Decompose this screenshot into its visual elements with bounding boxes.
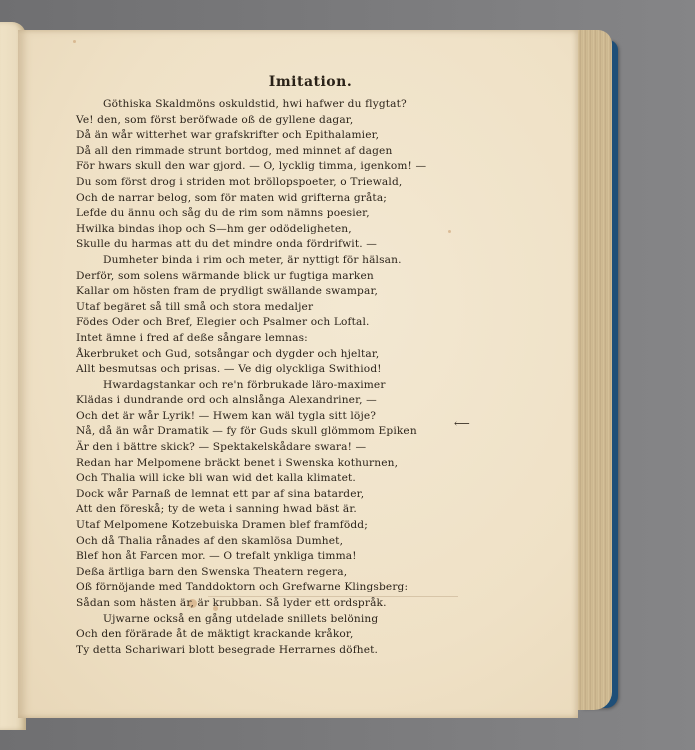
poem-line: Derför, som solens wärmande blick ur fug…	[76, 269, 476, 285]
poem-line: Blef hon åt Farcen mor. — O trefalt ynkl…	[76, 549, 476, 565]
poem-text: Göthiska Skaldmöns oskuldstid, hwi hafwe…	[76, 97, 476, 658]
poem-line: Kallar om hösten fram de prydligt swälla…	[76, 284, 476, 300]
foxing-spot	[73, 40, 76, 43]
poem-line: Att den föreskå; ty de weta i sanning hw…	[76, 502, 476, 518]
poem-line: Hwardagstankar och re'n förbrukade läro-…	[76, 378, 476, 394]
poem-line: Nå, då än wår Dramatik — fy för Guds sku…	[76, 424, 476, 440]
poem-line: Dock wår Parnaß de lemnat ett par af sin…	[76, 487, 476, 503]
poem-line: Och det är wår Lyrik! — Hwem kan wäl tyg…	[76, 409, 476, 425]
poem-line: Göthiska Skaldmöns oskuldstid, hwi hafwe…	[76, 97, 476, 113]
poem-line: Dumheter binda i rim och meter, är nytti…	[76, 253, 476, 269]
poem-line: Ve! den, som först beröfwade oß de gylle…	[76, 113, 476, 129]
margin-arrow-mark: ⟵	[454, 417, 470, 430]
poem-line: Då all den rimmade strunt bortdog, med m…	[76, 144, 476, 160]
poem-line: Intet ämne i fred af deße sångare lemnas…	[76, 331, 476, 347]
poem-line: Oß förnöjande med Tanddoktorn och Grefwa…	[76, 580, 476, 596]
page-edges	[572, 30, 612, 710]
poem-line: Och då Thalia rånades af den skamlösa Du…	[76, 534, 476, 550]
poem-line: Ujwarne också en gång utdelade snillets …	[76, 612, 476, 628]
poem-line: Hwilka bindas ihop och S—hm ger odödelig…	[76, 222, 476, 238]
poem-line: Utaf begäret så till små och stora medal…	[76, 300, 476, 316]
poem-line: Lefde du ännu och såg du de rim som nämn…	[76, 206, 476, 222]
poem-line: Och Thalia will icke bli wan wid det kal…	[76, 471, 476, 487]
page-title: Imitation.	[18, 74, 578, 90]
poem-line: För hwars skull den war gjord. — O, lyck…	[76, 159, 476, 175]
poem-line: Och den förärade åt de mäktigt krackande…	[76, 627, 476, 643]
poem-line: Klädas i dundrande ord och alnslånga Ale…	[76, 393, 476, 409]
poem-line: Då än wår witterhet war grafskrifter och…	[76, 128, 476, 144]
poem-line: Och de narrar belog, som för maten wid g…	[76, 191, 476, 207]
poem-line: Födes Oder och Bref, Elegier och Psalmer…	[76, 315, 476, 331]
poem-line: Deßa ärtliga barn den Swenska Theatern r…	[76, 565, 476, 581]
poem-line: Sådan som hästen är, är krubban. Så lyde…	[76, 596, 476, 612]
page-rule	[208, 596, 458, 597]
poem-line: Allt besmutsas och prisas. — Ve dig olyc…	[76, 362, 476, 378]
poem-line: Åkerbruket och Gud, sotsångar och dygder…	[76, 347, 476, 363]
poem-line: Du som först drog i striden mot bröllops…	[76, 175, 476, 191]
book-page: Imitation. Göthiska Skaldmöns oskuldstid…	[18, 30, 578, 718]
poem-line: Ty detta Schariwari blott besegrade Herr…	[76, 643, 476, 659]
poem-line: Är den i bättre skick? — Spektakelskådar…	[76, 440, 476, 456]
poem-line: Redan har Melpomene bräckt benet i Swens…	[76, 456, 476, 472]
poem-line: Skulle du harmas att du det mindre onda …	[76, 237, 476, 253]
poem-line: Utaf Melpomene Kotzebuiska Dramen blef f…	[76, 518, 476, 534]
